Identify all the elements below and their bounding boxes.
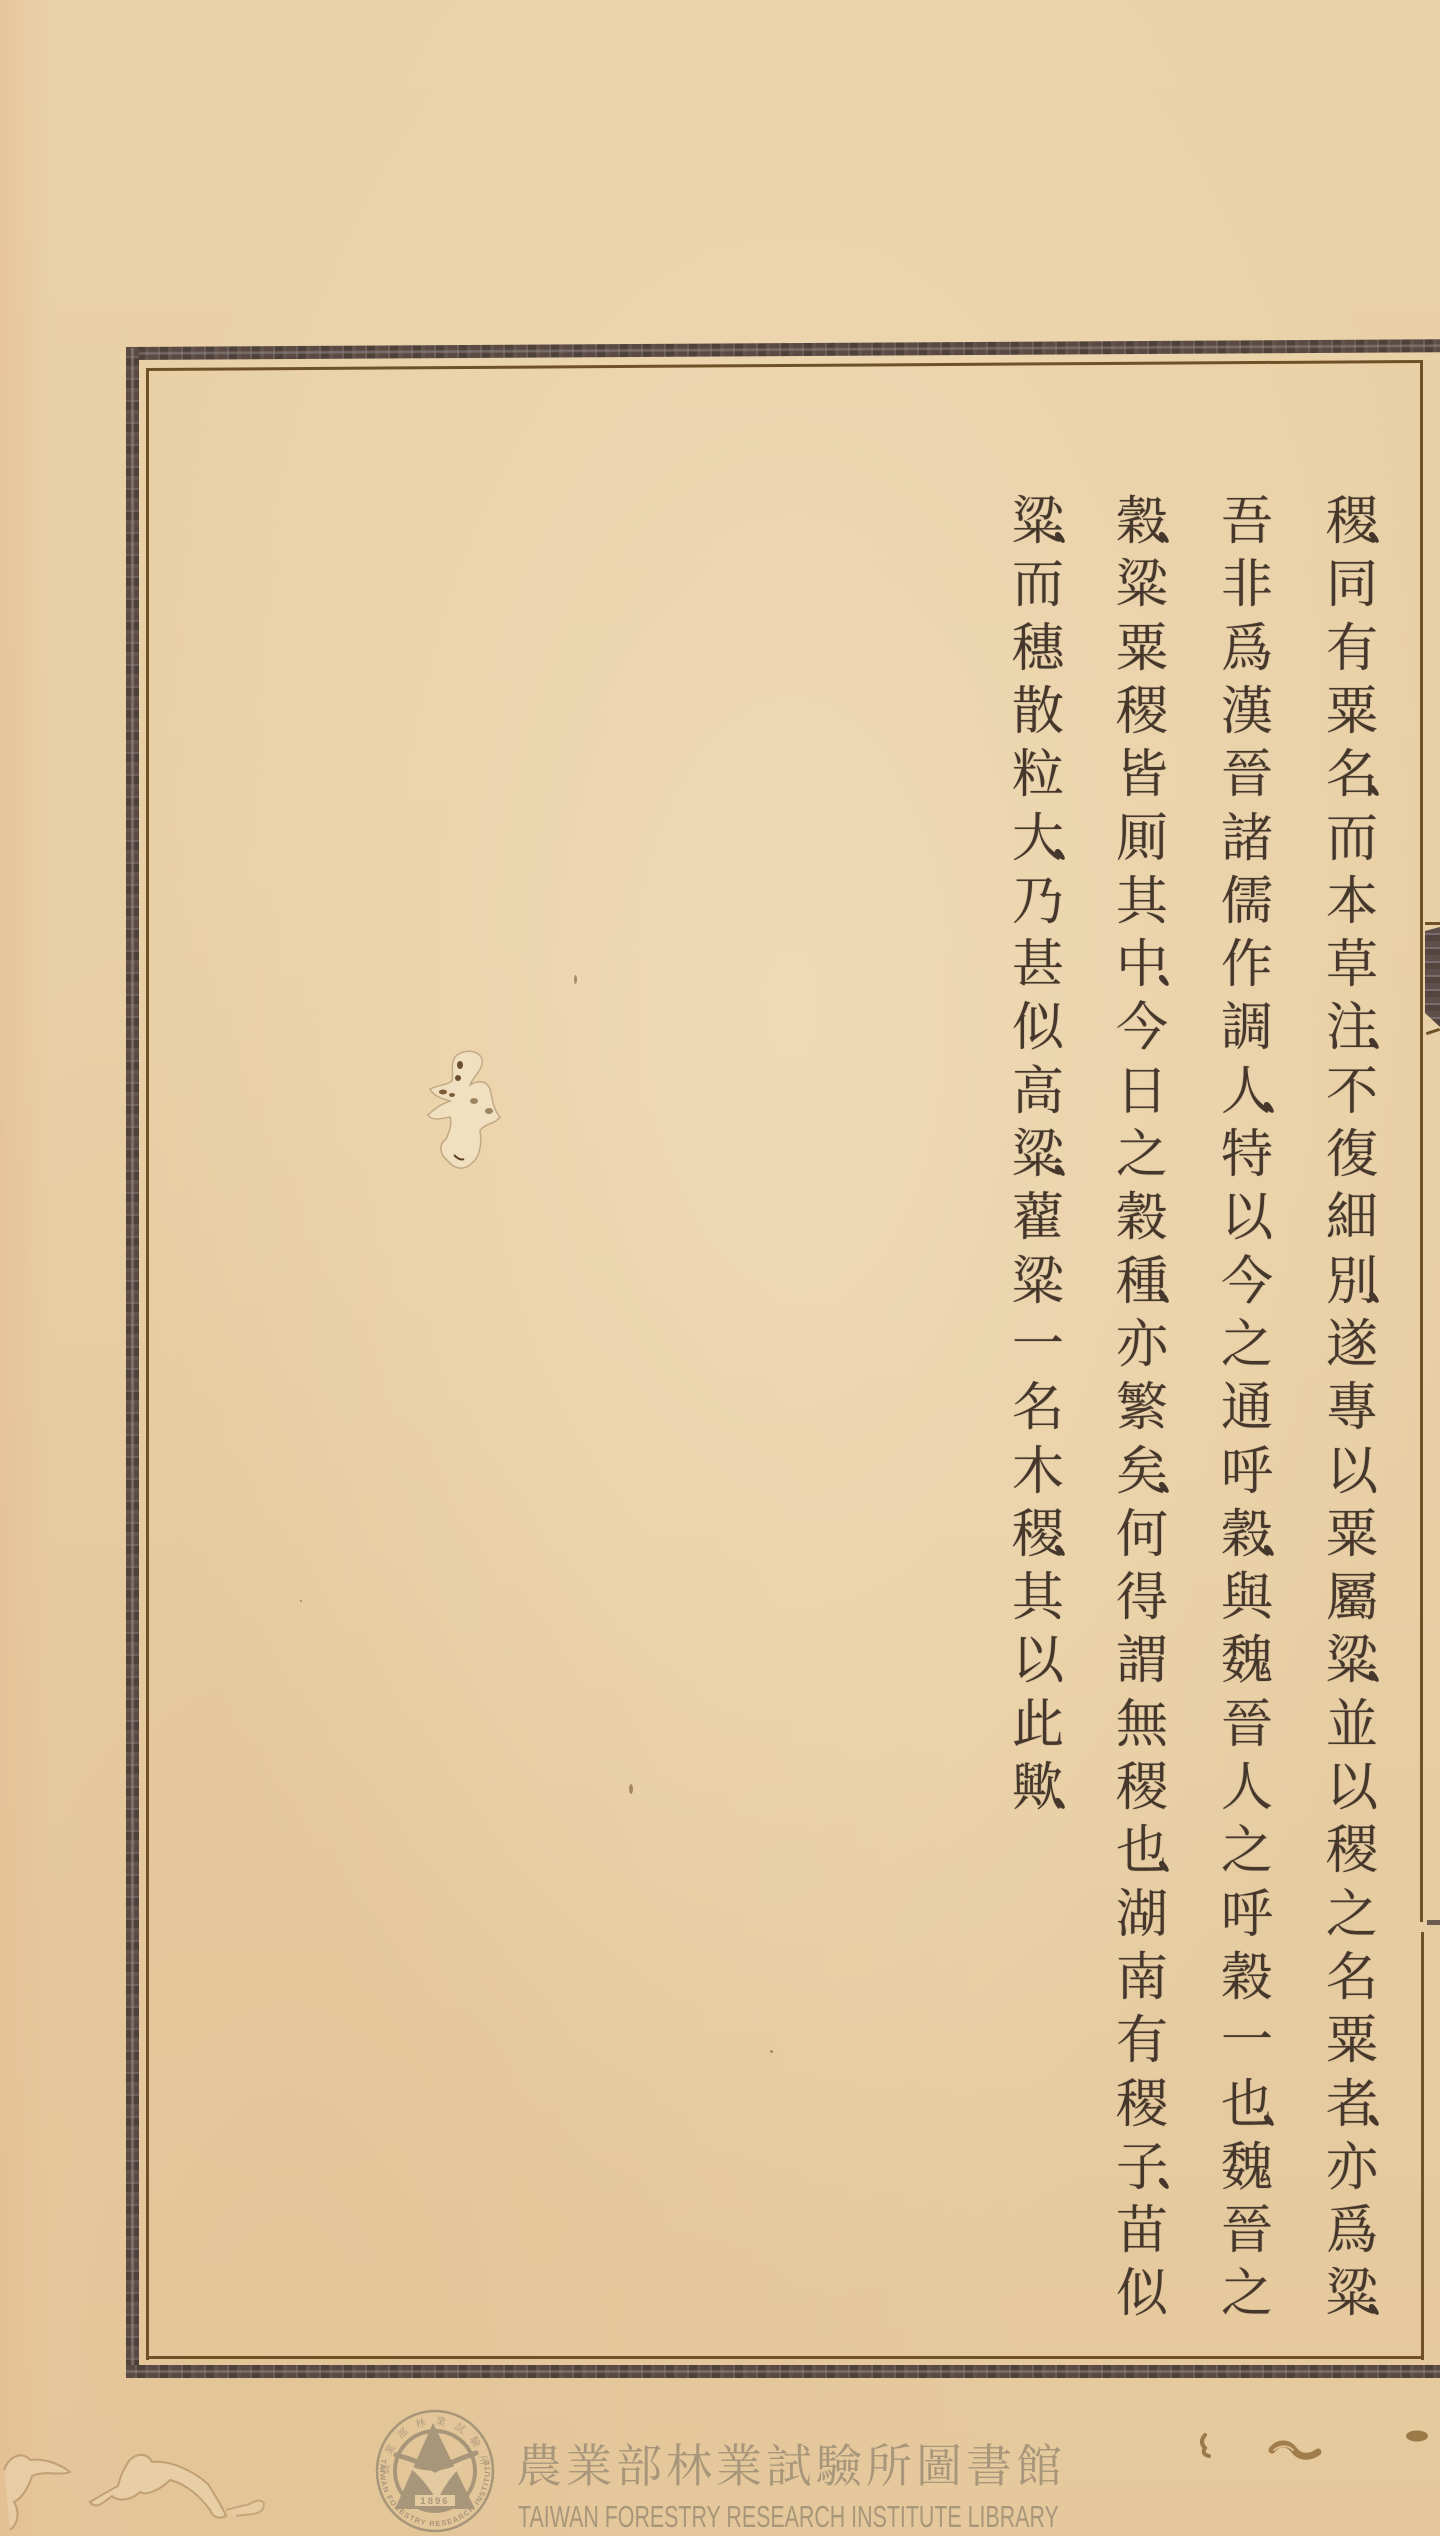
text-glyph: 草 [1320, 933, 1384, 997]
text-glyph: 謂 [1110, 1629, 1174, 1693]
frame-inner-right-rule [1420, 362, 1423, 1922]
fold-edge-mark [1427, 1920, 1440, 1925]
punctuation-mark: 、 [1054, 1543, 1068, 1561]
text-glyph: 通 [1215, 1376, 1279, 1440]
text-glyph: 爲 [1215, 617, 1279, 681]
text-glyph: 屬 [1320, 1566, 1384, 1630]
text-glyph: 乃 [1006, 870, 1070, 934]
text-glyph: 名 [1006, 1376, 1070, 1440]
text-glyph: 散 [1006, 680, 1070, 744]
text-glyph: 爲 [1320, 2199, 1384, 2263]
text-glyph: 此 [1006, 1693, 1070, 1757]
text-glyph: 呼 [1215, 1883, 1279, 1947]
text-glyph: 非 [1215, 553, 1279, 617]
punctuation-mark: 、 [1158, 1859, 1172, 1877]
text-glyph: 穀 [1110, 1186, 1174, 1250]
text-glyph: 高 [1006, 1060, 1070, 1124]
text-glyph: 皆 [1110, 743, 1174, 807]
text-glyph: 細 [1320, 1186, 1384, 1250]
text-glyph: 之 [1215, 1819, 1279, 1883]
fishtail-mark-icon [1425, 927, 1440, 1027]
text-glyph: 晉 [1215, 2199, 1279, 2263]
library-name-chinese: 農業部林業試驗所圖書館 [516, 2440, 1066, 2492]
text-glyph: 與 [1215, 1566, 1279, 1630]
text-glyph: 日 [1110, 1060, 1174, 1124]
text-glyph: 亦 [1320, 2136, 1384, 2200]
ink-speck [300, 1600, 302, 1602]
text-glyph: 湖 [1110, 1883, 1174, 1947]
text-glyph: 甚 [1006, 933, 1070, 997]
text-glyph: 呼 [1215, 1440, 1279, 1504]
text-glyph: 粟 [1110, 617, 1174, 681]
punctuation-mark: 、 [1368, 530, 1382, 548]
punctuation-mark: 、 [1054, 530, 1068, 548]
text-glyph: 而 [1006, 553, 1070, 617]
text-glyph: 其 [1110, 870, 1174, 934]
text-glyph: 復 [1320, 1123, 1384, 1187]
text-glyph: 苗 [1110, 2199, 1174, 2263]
text-glyph: 粟 [1320, 2009, 1384, 2073]
text-glyph: 諸 [1215, 807, 1279, 871]
fishtail-mark-cap [1425, 922, 1440, 925]
text-glyph: 人 [1215, 1756, 1279, 1820]
text-glyph: 一 [1006, 1313, 1070, 1377]
text-glyph: 何 [1110, 1503, 1174, 1567]
text-glyph: 粒 [1006, 743, 1070, 807]
text-glyph: 無 [1110, 1693, 1174, 1757]
punctuation-mark: 、 [1158, 973, 1172, 991]
text-glyph: 似 [1006, 996, 1070, 1060]
text-glyph: 作 [1215, 933, 1279, 997]
punctuation-mark: 、 [1158, 530, 1172, 548]
text-glyph: 一 [1215, 2009, 1279, 2073]
text-glyph: 繁 [1110, 1376, 1174, 1440]
text-glyph: 南 [1110, 1946, 1174, 2010]
text-glyph: 今 [1215, 1250, 1279, 1314]
punctuation-mark: 、 [1054, 1163, 1068, 1181]
punctuation-mark: 、 [1158, 1290, 1172, 1308]
frame-outer-left-border [126, 348, 139, 2378]
text-column-2: 吾非爲漢晉諸儒作調人、特以今之通呼穀、與魏晉人之呼穀一也、魏晉之 [1215, 490, 1279, 2350]
text-glyph: 特 [1215, 1123, 1279, 1187]
text-glyph: 晉 [1215, 743, 1279, 807]
text-glyph: 得 [1110, 1566, 1174, 1630]
paper-stain-icon [410, 1045, 510, 1195]
text-glyph: 其 [1006, 1566, 1070, 1630]
text-glyph: 以 [1006, 1629, 1070, 1693]
text-glyph: 以 [1215, 1186, 1279, 1250]
text-glyph: 粱 [1006, 1250, 1070, 1314]
text-glyph: 稷 [1110, 1756, 1174, 1820]
text-glyph: 吾 [1215, 490, 1279, 554]
paper-damage-icon [0, 2440, 280, 2536]
punctuation-mark: 、 [1054, 1796, 1068, 1814]
text-glyph: 調 [1215, 996, 1279, 1060]
punctuation-mark: 、 [1158, 1480, 1172, 1498]
text-glyph: 魏 [1215, 1629, 1279, 1693]
text-glyph: 以 [1320, 1440, 1384, 1504]
text-glyph: 粱 [1110, 553, 1174, 617]
library-name-english: TAIWAN FORESTRY RESEARCH INSTITUTE LIBRA… [518, 2500, 1059, 2534]
punctuation-mark: 、 [1263, 1100, 1277, 1118]
text-glyph: 稷 [1110, 2073, 1174, 2137]
frame-inner-top-rule [146, 360, 1423, 371]
text-glyph: 粟 [1320, 1503, 1384, 1567]
text-glyph: 遂 [1320, 1313, 1384, 1377]
logo-year: 1896 [420, 2496, 449, 2507]
punctuation-mark: 、 [1368, 1036, 1382, 1054]
text-glyph: 粟 [1320, 680, 1384, 744]
text-glyph: 今 [1110, 996, 1174, 1060]
text-glyph: 有 [1110, 2009, 1174, 2073]
frame-outer-bottom-border [126, 2365, 1440, 2378]
paper-edge-shading [0, 0, 52, 2536]
punctuation-mark: 、 [1368, 1290, 1382, 1308]
wormhole-icon [1268, 2440, 1324, 2464]
text-glyph: 之 [1215, 1313, 1279, 1377]
text-glyph: 同 [1320, 553, 1384, 617]
punctuation-mark: 、 [1368, 2113, 1382, 2131]
text-glyph: 本 [1320, 870, 1384, 934]
wormhole-icon [1403, 2428, 1433, 2444]
text-glyph: 漢 [1215, 680, 1279, 744]
text-glyph: 之 [1110, 1123, 1174, 1187]
text-glyph: 魏 [1215, 2136, 1279, 2200]
text-glyph: 並 [1320, 1693, 1384, 1757]
text-glyph: 木 [1006, 1440, 1070, 1504]
institute-logo-icon: 1896 農業部林業試驗所 TAIWAN FORESTRY RESEARCH I… [375, 2409, 495, 2533]
text-glyph: 儒 [1215, 870, 1279, 934]
text-glyph: 亦 [1110, 1313, 1174, 1377]
text-column-1: 稷、同有粟名、而本草注、不復細別、遂專以粟屬粱、並以稷之名粟者、亦爲粱、 [1320, 490, 1384, 2350]
text-glyph: 之 [1320, 1883, 1384, 1947]
text-glyph: 以 [1320, 1756, 1384, 1820]
frame-inner-right-rule-lower [1421, 1932, 1424, 2360]
text-glyph: 稷 [1110, 680, 1174, 744]
text-glyph: 而 [1320, 807, 1384, 871]
text-glyph: 藋 [1006, 1186, 1070, 1250]
ink-speck [770, 2050, 773, 2053]
text-column-3: 穀、粱粟稷皆厠其中、今日之穀種、亦繁矣、何得謂無稷也、湖南有稷子、苗似 [1110, 490, 1174, 2350]
text-glyph: 不 [1320, 1060, 1384, 1124]
frame-inner-bottom-rule [146, 2356, 1423, 2359]
text-glyph: 穀 [1215, 1946, 1279, 2010]
fishtail-mark-tail [1426, 1028, 1440, 1035]
ink-speck [574, 975, 577, 984]
wormhole-icon [1195, 2430, 1235, 2460]
text-glyph: 厠 [1110, 807, 1174, 871]
text-glyph: 穗 [1006, 617, 1070, 681]
text-column-4: 粱、而穗散粒大、乃甚似高粱、藋粱一名木稷、其以此歟、 [1006, 490, 1070, 2350]
text-glyph: 之 [1215, 2262, 1279, 2326]
ink-speck [629, 1784, 633, 1794]
text-glyph: 有 [1320, 617, 1384, 681]
punctuation-mark: 、 [1054, 847, 1068, 865]
punctuation-mark: 、 [1263, 2113, 1277, 2131]
text-glyph: 專 [1320, 1376, 1384, 1440]
frame-inner-left-rule [146, 368, 149, 2360]
punctuation-mark: 、 [1368, 2302, 1382, 2320]
text-glyph: 稷 [1320, 1819, 1384, 1883]
text-glyph: 名 [1320, 1946, 1384, 2010]
text-glyph: 晉 [1215, 1693, 1279, 1757]
punctuation-mark: 、 [1368, 1669, 1382, 1687]
punctuation-mark: 、 [1263, 1543, 1277, 1561]
punctuation-mark: 、 [1158, 2176, 1172, 2194]
frame-outer-top-border [126, 339, 1440, 360]
text-glyph: 似 [1110, 2262, 1174, 2326]
punctuation-mark: 、 [1368, 783, 1382, 801]
